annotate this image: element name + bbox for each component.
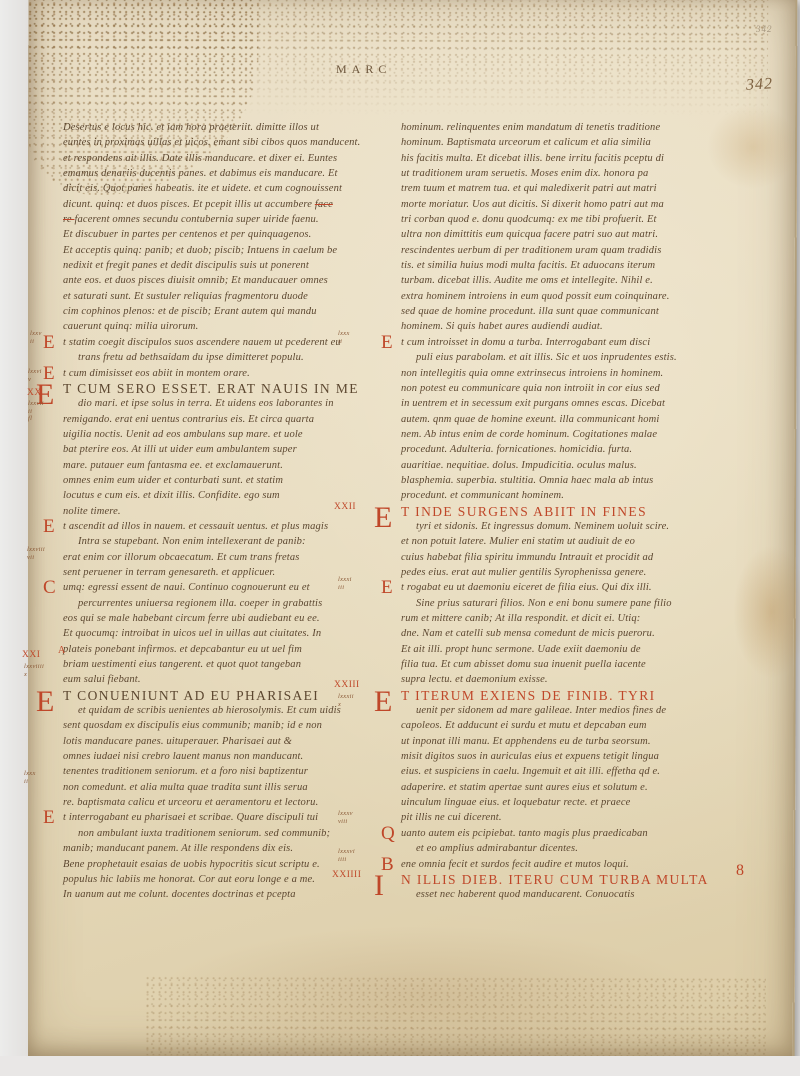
margin-note: lxxxv viii [338, 810, 353, 825]
text-line: Intra se stupebant. Non enim intellexera… [63, 534, 393, 549]
text-line: hominum. relinquentes enim mandatum di t… [401, 120, 743, 135]
text-line: eius. et suspiciens in caelu. Ingemuit e… [401, 764, 743, 779]
text-line: dicunt. quinq: et duos pisces. Et pcepit… [63, 197, 393, 212]
text-line: omnes enim eum uider et conturbati sunt.… [63, 473, 393, 488]
text-line: briam uestimenti eius tangerent. et quot… [63, 657, 393, 672]
text-line: nedixit et fregit panes et dedit discipu… [63, 258, 393, 273]
text-line: mare. putauer eum fantasma ee. et exclam… [63, 458, 393, 473]
chapter-number: XXII [334, 502, 356, 512]
text-line: adaperire. et statim apertae sunt aures … [401, 780, 743, 795]
struck-text: re [63, 214, 74, 225]
text-line: In uanum aut me colunt. docentes doctrin… [63, 887, 393, 902]
text-column-right: hominum. relinquentes enim mandatum di t… [401, 120, 743, 903]
text-line: non intellegitis quia omne extrinsecus i… [401, 366, 743, 381]
margin-note: lxxxii x [338, 693, 354, 708]
text-line: procedunt. Adulteria. fornicationes. hom… [401, 442, 743, 457]
text-line: emamus denariis ducentis panes. et dabim… [63, 166, 393, 181]
drop-cap: I [374, 871, 385, 901]
text-line: blasphemia. superbia. stultitia. Omnia h… [401, 473, 743, 488]
text-line: hominem. Si quis habet aures audiendi au… [401, 319, 743, 334]
text-line: rum et mittere canib; At illa respondit.… [401, 611, 743, 626]
chapter-number: XX [27, 388, 42, 398]
text-line: eos qui se male habebant circum ferre ub… [63, 611, 393, 626]
text-line: supra lectu. et daemonium exisse. [401, 672, 743, 687]
parchment-texture [146, 975, 766, 1057]
chapter-number: XXIII [334, 680, 360, 690]
folio-number: 342 [746, 75, 774, 94]
text-line: Et quocumq: introibat in uicos uel in ui… [63, 626, 393, 641]
text-line: re facerent omnes secundu contubernia su… [63, 212, 393, 227]
text-line: omnes iudaei nisi crebro lauent manus no… [63, 749, 393, 764]
parchment-texture [28, 0, 768, 117]
text-line: ET INDE SURGENS ABIIT IN FINES [401, 504, 743, 519]
text-line: et non potuit latere. Mulier eni statim … [401, 534, 743, 549]
drop-cap: Q [381, 824, 395, 843]
text-line: cuius habebat filia spiritu immundu Intr… [401, 550, 743, 565]
text-line: uigilia noctis. Uenit ad eos ambulans su… [63, 427, 393, 442]
text-line: Et ait illi. propt hunc sermone. Uade ex… [401, 642, 743, 657]
drop-cap: E [374, 687, 394, 717]
text-line: procedunt. et communicant hominem. [401, 488, 743, 503]
text-line: sent quosdam ex discipulis eius communib… [63, 718, 393, 733]
text-line: trans fretu ad bethsaidam du ipse dimitt… [63, 350, 393, 365]
chapter-number: XXIIII [332, 870, 361, 880]
margin-note: lxxxi iii [338, 576, 352, 591]
text-line: re. baptismata calicu et urceoru et aera… [63, 795, 393, 810]
text-line: Et rogabat eu ut daemoniu eiceret de fil… [401, 580, 743, 595]
text-line: euntes in proximas uillas et uicos. eman… [63, 135, 393, 150]
text-line: percurrentes uniuersa regionem illa. coe… [63, 596, 393, 611]
text-line: ut traditionem uram seruetis. Moses enim… [401, 166, 743, 181]
text-line: capoleos. Et adducunt ei surdu et mutu e… [401, 718, 743, 733]
text-line: trem tuum et matrem tua. et qui maledixe… [401, 181, 743, 196]
text-line: Quanto autem eis pcipiebat. tanto magis … [401, 826, 743, 841]
drop-cap: E [43, 517, 55, 536]
text-line: ante eos. et duos pisces diuisit omnib; … [63, 273, 393, 288]
text-line: filia tua. Et cum abisset domu sua inuen… [401, 657, 743, 672]
chapter-number: XXI [22, 650, 40, 660]
drop-cap: E [43, 333, 55, 352]
photo-backdrop [0, 0, 28, 1076]
text-line: et respondens ait illis. Date illis mand… [63, 151, 393, 166]
drop-cap: E [381, 333, 393, 352]
text-line: autem. qnm quae de homine exeunt. illa c… [401, 412, 743, 427]
text-line: his facitis multa. Et dicebat illis. ben… [401, 151, 743, 166]
text-line: plateis ponebant infirmos. et depcabantu… [63, 642, 393, 657]
text-line: non ambulant iuxta traditionem seniorum.… [63, 826, 393, 841]
text-line: uinculum linguae eius. et loquebatur rec… [401, 795, 743, 810]
margin-note: lxxvi v [28, 368, 42, 383]
text-line: lotis manducare panes. uituperauer. Phar… [63, 734, 393, 749]
text-line: hominum. Baptismata urceorum et calicum … [401, 135, 743, 150]
quire-mark: 8 [736, 862, 744, 880]
corner-number: 342 [756, 24, 773, 34]
text-line: IN ILLIS DIEB. ITERU CUM TURBA MULTA [401, 872, 743, 887]
margin-note: lxxx ii [338, 330, 350, 345]
text-line: turbam. dicebat illis. Audite me oms et … [401, 273, 743, 288]
drop-cap: E [381, 578, 393, 597]
text-line: esset nec haberent quod manducarent. Con… [401, 887, 743, 902]
photo-backdrop [0, 1056, 800, 1076]
margin-note: lxxv ii [30, 330, 42, 345]
text-line: ET ITERUM EXIENS DE FINIB. TYRI [401, 688, 743, 703]
text-line: erat enim cor illorum obcaecatum. Et cum… [63, 550, 393, 565]
running-title: MARC [336, 62, 391, 77]
manuscript-photo: MARC 342 342 Desertus e locus hic. et ia… [0, 0, 800, 1076]
margin-note: lxxxvi iiii [338, 848, 355, 863]
text-line: sed quae de homine procedunt. illa sunt … [401, 304, 743, 319]
text-line: tis. et similia huius modi multa facitis… [401, 258, 743, 273]
text-line: tri corban quod e. donu quodcumq: ex me … [401, 212, 743, 227]
text-line: ut inponat illi manu. Et apphendens eu d… [401, 734, 743, 749]
parchment-stain [106, 875, 747, 1076]
text-line: auaritiae. nequitiae. dolus. Impudicitia… [401, 458, 743, 473]
drop-cap: C [43, 578, 56, 597]
text-line: et eo amplius admirabantur dicentes. [401, 841, 743, 856]
text-line: Et cum introisset in domu a turba. Inter… [401, 335, 743, 350]
text-line: non potest eu communicare quia non intro… [401, 381, 743, 396]
chapter-number: A [58, 645, 65, 656]
margin-note: lxxviii vii [27, 546, 45, 561]
drop-cap: E [36, 687, 56, 717]
text-line: pit illis ne cui dicerent. [401, 810, 743, 825]
text-line: uenit per sidonem ad mare galileae. Inte… [401, 703, 743, 718]
text-line: Et acceptis quinq: panib; et duob; pisci… [63, 243, 393, 258]
text-line: Sine prius saturari filios. Non e eni bo… [401, 596, 743, 611]
text-line: ultra non dimittitis eum quicqua facere … [401, 227, 743, 242]
text-line: non comedunt. et alia multa quae tradita… [63, 780, 393, 795]
drop-cap: E [374, 503, 394, 533]
text-line: pedes eius. erat aut mulier gentilis Syr… [401, 565, 743, 580]
text-line: morte moriatur. Uos aut dicitis. Si dixe… [401, 197, 743, 212]
text-line: nem. Ab intus enim de corde hominum. Cog… [401, 427, 743, 442]
text-line: misit digitos suos in auriculas eius et … [401, 749, 743, 764]
text-line: Et discubuer in partes per centenos et p… [63, 227, 393, 242]
text-line: puli eius parabolam. et ait illis. Sic e… [401, 350, 743, 365]
margin-note: lxxx ii [24, 770, 36, 785]
text-line: dicit eis. Quot panes habeatis. ite et u… [63, 181, 393, 196]
text-line: in uentrem et in secessum exit purgans o… [401, 396, 743, 411]
text-line: ET CUM SERO ESSET. ERAT NAUIS IN ME [63, 381, 393, 396]
struck-text: face [315, 199, 333, 210]
text-line: Bene omnia fecit et surdos fecit audire … [401, 857, 743, 872]
text-line: dio mari. et ipse solus in terra. Et uid… [63, 396, 393, 411]
text-line: bat pterire eos. At illi ut uider eum am… [63, 442, 393, 457]
text-line: dne. Nam et catelli sub mensa comedunt d… [401, 626, 743, 641]
drop-cap: E [43, 808, 55, 827]
margin-note: lxxvii ii fl [28, 400, 44, 423]
text-line: rescindentes uerbum di per traditionem u… [401, 243, 743, 258]
text-line: Et cum dimisisset eos abiit in montem or… [63, 366, 393, 381]
text-line: tyri et sidonis. Et ingressus domum. Nem… [401, 519, 743, 534]
text-line: extra hominem introiens in eum quod poss… [401, 289, 743, 304]
text-line: remigando. erat eni uentus contrarius ei… [63, 412, 393, 427]
text-line: tenentes traditionem seniorum. et a foro… [63, 764, 393, 779]
text-line: Desertus e locus hic. et iam hora praete… [63, 120, 393, 135]
margin-note: lxxviiii x [24, 663, 44, 678]
text-line: Et ascendit ad illos in nauem. et cessau… [63, 519, 393, 534]
text-line: et saturati sunt. Et sustuler reliquias … [63, 289, 393, 304]
text-line: cim cophinos plenos: et de piscib; Erant… [63, 304, 393, 319]
